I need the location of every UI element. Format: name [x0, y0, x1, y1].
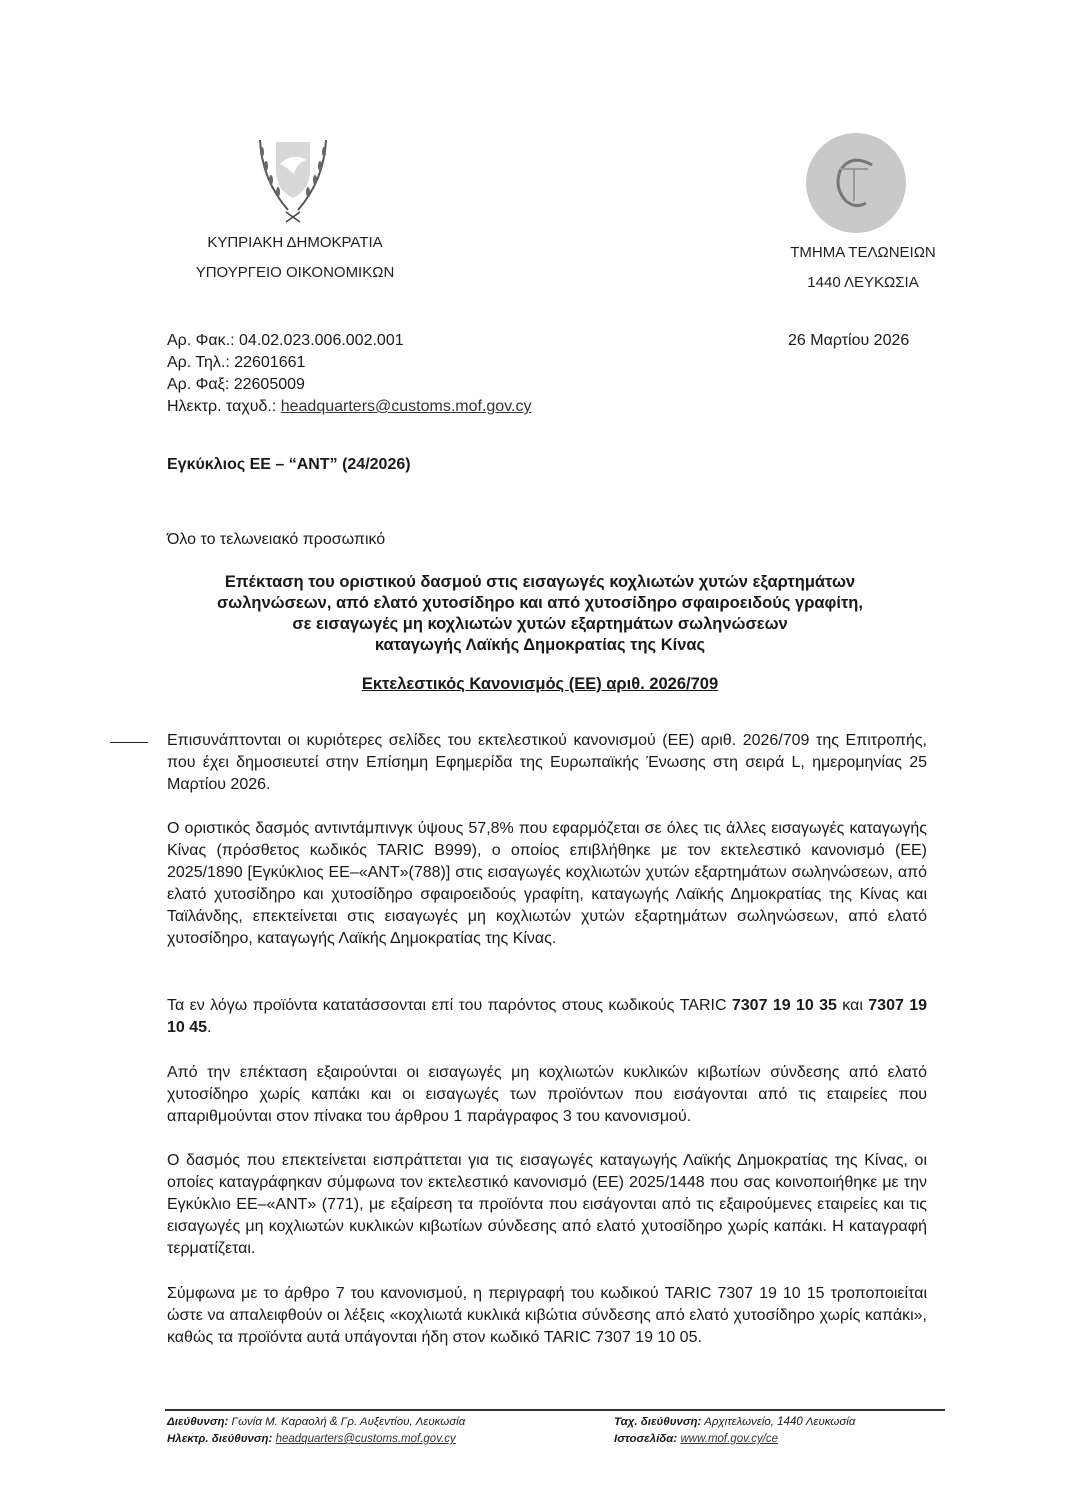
footer-address: Διεύθυνση: Γωνία Μ. Καραολή & Γρ. Αυξεντ… — [167, 1414, 465, 1431]
ministry-name: ΥΠΟΥΡΓΕΙΟ ΟΙΚΟΝΟΜΙΚΩΝ — [160, 258, 430, 288]
title-line: καταγωγής Λαϊκής Δημοκρατίας της Κίνας — [150, 635, 930, 656]
email-link[interactable]: headquarters@customs.mof.gov.cy — [281, 398, 532, 415]
taric-code: 7307 19 10 35 — [732, 997, 837, 1014]
header-right: ΤΜΗΜΑ ΤΕΛΩΝΕΙΩΝ 1440 ΛΕΥΚΩΣΙΑ — [748, 238, 978, 298]
reference-block: Αρ. Φακ.: 04.02.023.006.002.001 Αρ. Τηλ.… — [167, 330, 531, 418]
paragraph-3: Τα εν λόγω προϊόντα κατατάσσονται επί το… — [167, 995, 927, 1039]
header-left: ΚΥΠΡΙΑΚΗ ΔΗΜΟΚΡΑΤΙΑ ΥΠΟΥΡΓΕΙΟ ΟΙΚΟΝΟΜΙΚΩ… — [160, 228, 430, 288]
text: και — [837, 997, 868, 1014]
email-line: Ηλεκτρ. ταχυδ.: headquarters@customs.mof… — [167, 396, 531, 418]
margin-dash — [110, 742, 148, 743]
phone-number: Αρ. Τηλ.: 22601661 — [167, 352, 531, 374]
regulation-reference: Εκτελεστικός Κανονισμός (ΕΕ) αριθ. 2026/… — [150, 675, 930, 694]
customs-seal-icon — [806, 133, 906, 233]
text: Τα εν λόγω προϊόντα κατατάσσονται επί το… — [167, 997, 732, 1014]
paragraph-4: Από την επέκταση εξαιρούνται οι εισαγωγέ… — [167, 1062, 927, 1128]
footer-divider — [165, 1409, 945, 1411]
circular-number: Εγκύκλιος ΕΕ – “ANT” (24/2026) — [167, 456, 411, 474]
title-line: Επέκταση του οριστικού δασμού στις εισαγ… — [150, 572, 930, 593]
department-city: 1440 ΛΕΥΚΩΣΙΑ — [748, 268, 978, 298]
department-name: ΤΜΗΜΑ ΤΕΛΩΝΕΙΩΝ — [748, 238, 978, 268]
value: Γωνία Μ. Καραολή & Γρ. Αυξεντίου, Λευκωσ… — [228, 1416, 465, 1428]
footer-left: Διεύθυνση: Γωνία Μ. Καραολή & Γρ. Αυξεντ… — [167, 1414, 465, 1448]
fax-number: Αρ. Φαξ: 22605009 — [167, 374, 531, 396]
value: Αρχιτελωνείο, 1440 Λευκωσία — [701, 1416, 855, 1428]
recipient: Όλο το τελωνειακό προσωπικό — [167, 531, 385, 549]
republic-name: ΚΥΠΡΙΑΚΗ ΔΗΜΟΚΡΑΤΙΑ — [160, 228, 430, 258]
label: Διεύθυνση: — [167, 1416, 228, 1428]
title-line: σε εισαγωγές μη κοχλιωτών χυτών εξαρτημά… — [150, 614, 930, 635]
title-line: σωληνώσεων, από ελατό χυτοσίδηρο και από… — [150, 593, 930, 614]
paragraph-2: Ο οριστικός δασμός αντιντάμπινγκ ύψους 5… — [167, 818, 927, 950]
footer-web: Ιστοσελίδα: www.mof.gov.cy/ce — [614, 1431, 855, 1448]
footer-email-link[interactable]: headquarters@customs.mof.gov.cy — [276, 1433, 456, 1445]
footer-email: Ηλεκτρ. διεύθυνση: headquarters@customs.… — [167, 1431, 465, 1448]
footer-right: Ταχ. διεύθυνση: Αρχιτελωνείο, 1440 Λευκω… — [614, 1414, 855, 1448]
email-label: Ηλεκτρ. ταχυδ.: — [167, 398, 281, 415]
cyprus-coat-of-arms-icon — [238, 130, 348, 225]
file-number: Αρ. Φακ.: 04.02.023.006.002.001 — [167, 330, 531, 352]
paragraph-1: Επισυνάπτονται οι κυριότερες σελίδες του… — [167, 730, 927, 796]
label: Ηλεκτρ. διεύθυνση: — [167, 1433, 272, 1445]
paragraph-5: Ο δασμός που επεκτείνεται εισπράττεται γ… — [167, 1150, 927, 1260]
label: Ιστοσελίδα: — [614, 1433, 677, 1445]
website-link[interactable]: www.mof.gov.cy/ce — [680, 1433, 778, 1445]
footer-postal: Ταχ. διεύθυνση: Αρχιτελωνείο, 1440 Λευκω… — [614, 1414, 855, 1431]
text: . — [207, 1019, 211, 1036]
document-date: 26 Μαρτίου 2026 — [788, 330, 909, 352]
paragraph-6: Σύμφωνα με το άρθρο 7 του κανονισμού, η … — [167, 1283, 927, 1349]
label: Ταχ. διεύθυνση: — [614, 1416, 701, 1428]
document-title: Επέκταση του οριστικού δασμού στις εισαγ… — [150, 572, 930, 656]
